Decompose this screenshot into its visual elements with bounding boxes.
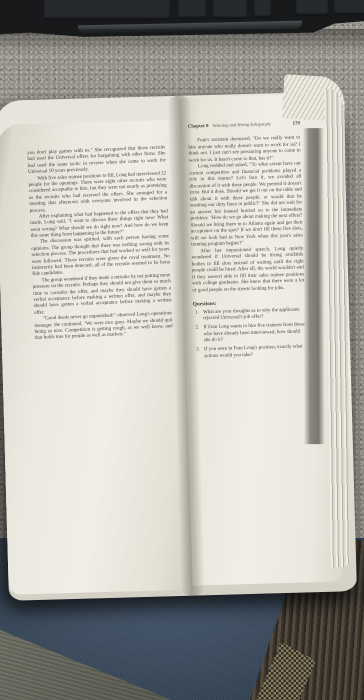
- keyboard-key: [178, 0, 206, 19]
- keyboard-shadow: [0, 29, 364, 53]
- keyboard-key: [44, 0, 170, 20]
- question-number: 1.: [195, 310, 201, 323]
- page-edge-shadow: [303, 128, 325, 444]
- question-text: If you were in Fran Long's position, exa…: [204, 345, 306, 361]
- question-text: If Fran Long wants to hire five trainees…: [203, 323, 306, 345]
- question-item: 1. What are your thoughts as to why the …: [195, 307, 305, 323]
- question-item: 3. If you were in Fran Long's position, …: [196, 345, 306, 361]
- question-number: 2.: [195, 326, 202, 346]
- page-number: 179: [293, 121, 300, 127]
- chapter-label: Chapter 8: [188, 124, 209, 131]
- keyboard-key: [213, 0, 247, 19]
- paragraph: After her impassioned speech, Long quiet…: [191, 246, 304, 295]
- paragraph: The group wondered if they made a mistak…: [33, 273, 172, 317]
- left-page-text: you don't play games with us." She recog…: [27, 145, 173, 342]
- keyboard-key: [254, 0, 271, 18]
- keyboard-key: [296, 0, 328, 16]
- right-page-text: Chapter 8 Selecting and Hiring Salespeop…: [188, 120, 307, 363]
- keyboard-key: [334, 0, 364, 15]
- question-number: 3.: [196, 348, 202, 361]
- chapter-title: Selecting and Hiring Salespeople: [212, 121, 271, 128]
- question-item: 2. If Fran Long wants to hire five train…: [195, 323, 306, 346]
- open-book: you don't play games with us." She recog…: [0, 91, 357, 601]
- photo-of-open-book: you don't play games with us." She recog…: [0, 0, 364, 700]
- paragraph: The discussion was spirited, with each p…: [31, 235, 170, 279]
- paragraph: With five sales trainee positions to fil…: [28, 171, 167, 215]
- paragraph: Fran's assistant demurred, "Do we really…: [188, 136, 301, 165]
- paragraph: Long nodded and asked, "To what extent h…: [189, 162, 303, 250]
- question-text: What are your thoughts as to why the app…: [203, 307, 305, 323]
